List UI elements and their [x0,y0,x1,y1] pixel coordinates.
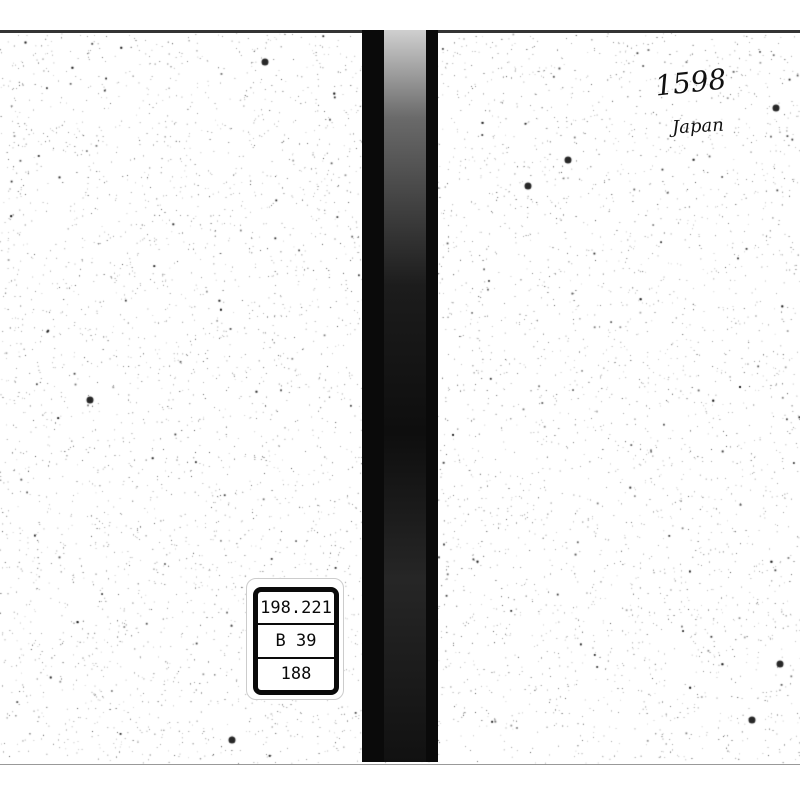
call-number-label-frame: 198.221 B 39 188 [253,587,339,695]
handwritten-word: Japan [671,115,724,139]
spine-left-band [362,30,384,762]
call-number-label: 198.221 B 39 188 [246,578,344,700]
cover-bottom-edge [0,764,800,765]
spine-center [384,30,426,762]
call-number-item: 188 [258,657,334,690]
call-number-class: 198.221 [258,592,334,623]
call-number-cutter: B 39 [258,623,334,656]
book-spine [362,30,438,762]
spine-right-band [426,30,438,762]
